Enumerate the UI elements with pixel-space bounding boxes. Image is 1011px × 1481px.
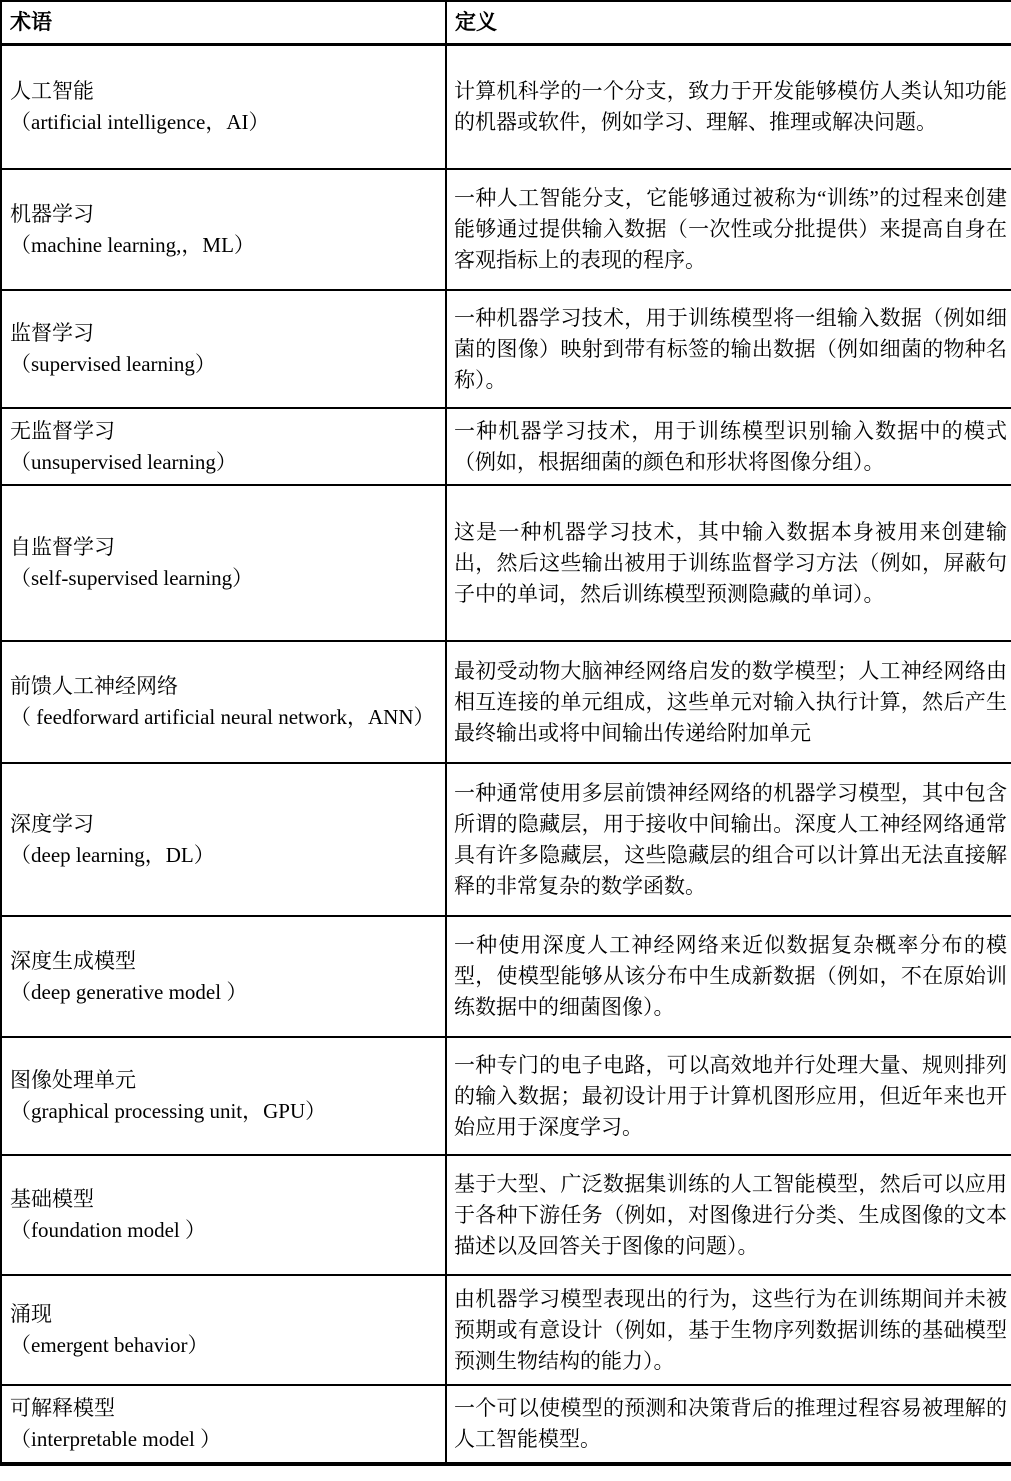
table-row: 监督学习 （supervised learning） 一种机器学习技术，用于训练… (1, 290, 1011, 408)
definition-text: 由机器学习模型表现出的行为，这些行为在训练期间并未被预期或有意设计（例如，基于生… (454, 1284, 1007, 1377)
definition-cell: 计算机科学的一个分支，致力于开发能够模仿人类认知功能的机器或软件，例如学习、理解… (446, 44, 1011, 169)
term-cell: 机器学习 （machine learning,，ML） (1, 169, 446, 290)
term-en: （unsupervised learning） (10, 447, 439, 478)
term-zh: 前馈人工神经网络 (10, 671, 439, 702)
term-cell: 深度生成模型 （deep generative model ） (1, 916, 446, 1037)
definition-text: 这是一种机器学习技术，其中输入数据本身被用来创建输出，然后这些输出被用于训练监督… (454, 517, 1007, 610)
definition-text: 一种人工智能分支，它能够通过被称为“训练”的过程来创建能够通过提供输入数据（一次… (454, 183, 1007, 276)
table-row: 涌现 （emergent behavior） 由机器学习模型表现出的行为，这些行… (1, 1275, 1011, 1385)
definition-cell: 一种人工智能分支，它能够通过被称为“训练”的过程来创建能够通过提供输入数据（一次… (446, 169, 1011, 290)
term-en: （artificial intelligence，AI） (10, 107, 439, 138)
term-en: （graphical processing unit，GPU） (10, 1096, 439, 1127)
definition-text: 一个可以使模型的预测和决策背后的推理过程容易被理解的人工智能模型。 (454, 1393, 1007, 1455)
table-row: 自监督学习 （self-supervised learning） 这是一种机器学… (1, 485, 1011, 641)
term-zh: 基础模型 (10, 1184, 439, 1215)
term-en: （self-supervised learning） (10, 563, 439, 594)
definition-cell: 一种使用深度人工神经网络来近似数据复杂概率分布的模型，使模型能够从该分布中生成新… (446, 916, 1011, 1037)
term-cell: 人工智能 （artificial intelligence，AI） (1, 44, 446, 169)
term-cell: 自监督学习 （self-supervised learning） (1, 485, 446, 641)
definition-text: 计算机科学的一个分支，致力于开发能够模仿人类认知功能的机器或软件，例如学习、理解… (454, 76, 1007, 138)
table-header-row: 术语 定义 (1, 1, 1011, 44)
term-zh: 无监督学习 (10, 416, 439, 447)
term-cell: 可解释模型 （interpretable model ） (1, 1385, 446, 1464)
term-cell: 图像处理单元 （graphical processing unit，GPU） (1, 1037, 446, 1155)
glossary-table: 术语 定义 人工智能 （artificial intelligence，AI） … (0, 0, 1011, 1466)
table-row: 可解释模型 （interpretable model ） 一个可以使模型的预测和… (1, 1385, 1011, 1464)
table-row: 人工智能 （artificial intelligence，AI） 计算机科学的… (1, 44, 1011, 169)
definition-text: 一种机器学习技术，用于训练模型识别输入数据中的模式（例如，根据细菌的颜色和形状将… (454, 416, 1007, 478)
term-zh: 人工智能 (10, 76, 439, 107)
table-row: 深度生成模型 （deep generative model ） 一种使用深度人工… (1, 916, 1011, 1037)
definition-cell: 一种机器学习技术，用于训练模型识别输入数据中的模式（例如，根据细菌的颜色和形状将… (446, 408, 1011, 485)
definition-cell: 最初受动物大脑神经网络启发的数学模型；人工神经网络由相互连接的单元组成，这些单元… (446, 641, 1011, 763)
term-zh: 可解释模型 (10, 1393, 439, 1424)
header-definition: 定义 (446, 1, 1011, 44)
table-row: 基础模型 （foundation model ） 基于大型、广泛数据集训练的人工… (1, 1155, 1011, 1275)
term-en: （deep learning，DL） (10, 840, 439, 871)
term-en: （emergent behavior） (10, 1330, 439, 1361)
definition-text: 一种机器学习技术，用于训练模型将一组输入数据（例如细菌的图像）映射到带有标签的输… (454, 303, 1007, 396)
term-en: （interpretable model ） (10, 1424, 439, 1455)
term-zh: 机器学习 (10, 199, 439, 230)
definition-cell: 这是一种机器学习技术，其中输入数据本身被用来创建输出，然后这些输出被用于训练监督… (446, 485, 1011, 641)
term-zh: 涌现 (10, 1299, 439, 1330)
term-en: （ feedforward artificial neural network，… (10, 702, 439, 733)
definition-text: 一种通常使用多层前馈神经网络的机器学习模型，其中包含所谓的隐藏层，用于接收中间输… (454, 778, 1007, 902)
table-row: 无监督学习 （unsupervised learning） 一种机器学习技术，用… (1, 408, 1011, 485)
term-zh: 监督学习 (10, 318, 439, 349)
term-zh: 深度学习 (10, 809, 439, 840)
term-en: （machine learning,，ML） (10, 230, 439, 261)
term-en: （supervised learning） (10, 349, 439, 380)
term-en: （foundation model ） (10, 1215, 439, 1246)
definition-text: 基于大型、广泛数据集训练的人工智能模型，然后可以应用于各种下游任务（例如，对图像… (454, 1169, 1007, 1262)
term-cell: 涌现 （emergent behavior） (1, 1275, 446, 1385)
definition-text: 最初受动物大脑神经网络启发的数学模型；人工神经网络由相互连接的单元组成，这些单元… (454, 656, 1007, 749)
definition-cell: 一种机器学习技术，用于训练模型将一组输入数据（例如细菌的图像）映射到带有标签的输… (446, 290, 1011, 408)
term-en: （deep generative model ） (10, 977, 439, 1008)
document-page: 术语 定义 人工智能 （artificial intelligence，AI） … (0, 0, 1011, 1481)
term-cell: 监督学习 （supervised learning） (1, 290, 446, 408)
definition-cell: 基于大型、广泛数据集训练的人工智能模型，然后可以应用于各种下游任务（例如，对图像… (446, 1155, 1011, 1275)
definition-text: 一种使用深度人工神经网络来近似数据复杂概率分布的模型，使模型能够从该分布中生成新… (454, 930, 1007, 1023)
definition-text: 一种专门的电子电路，可以高效地并行处理大量、规则排列的输入数据；最初设计用于计算… (454, 1050, 1007, 1143)
term-zh: 自监督学习 (10, 532, 439, 563)
header-term: 术语 (1, 1, 446, 44)
table-row: 深度学习 （deep learning，DL） 一种通常使用多层前馈神经网络的机… (1, 763, 1011, 916)
term-cell: 基础模型 （foundation model ） (1, 1155, 446, 1275)
definition-cell: 由机器学习模型表现出的行为，这些行为在训练期间并未被预期或有意设计（例如，基于生… (446, 1275, 1011, 1385)
term-zh: 图像处理单元 (10, 1065, 439, 1096)
table-row: 图像处理单元 （graphical processing unit，GPU） 一… (1, 1037, 1011, 1155)
term-cell: 深度学习 （deep learning，DL） (1, 763, 446, 916)
term-cell: 无监督学习 （unsupervised learning） (1, 408, 446, 485)
definition-cell: 一种专门的电子电路，可以高效地并行处理大量、规则排列的输入数据；最初设计用于计算… (446, 1037, 1011, 1155)
table-row: 前馈人工神经网络 （ feedforward artificial neural… (1, 641, 1011, 763)
term-zh: 深度生成模型 (10, 946, 439, 977)
term-cell: 前馈人工神经网络 （ feedforward artificial neural… (1, 641, 446, 763)
definition-cell: 一个可以使模型的预测和决策背后的推理过程容易被理解的人工智能模型。 (446, 1385, 1011, 1464)
table-row: 机器学习 （machine learning,，ML） 一种人工智能分支，它能够… (1, 169, 1011, 290)
definition-cell: 一种通常使用多层前馈神经网络的机器学习模型，其中包含所谓的隐藏层，用于接收中间输… (446, 763, 1011, 916)
